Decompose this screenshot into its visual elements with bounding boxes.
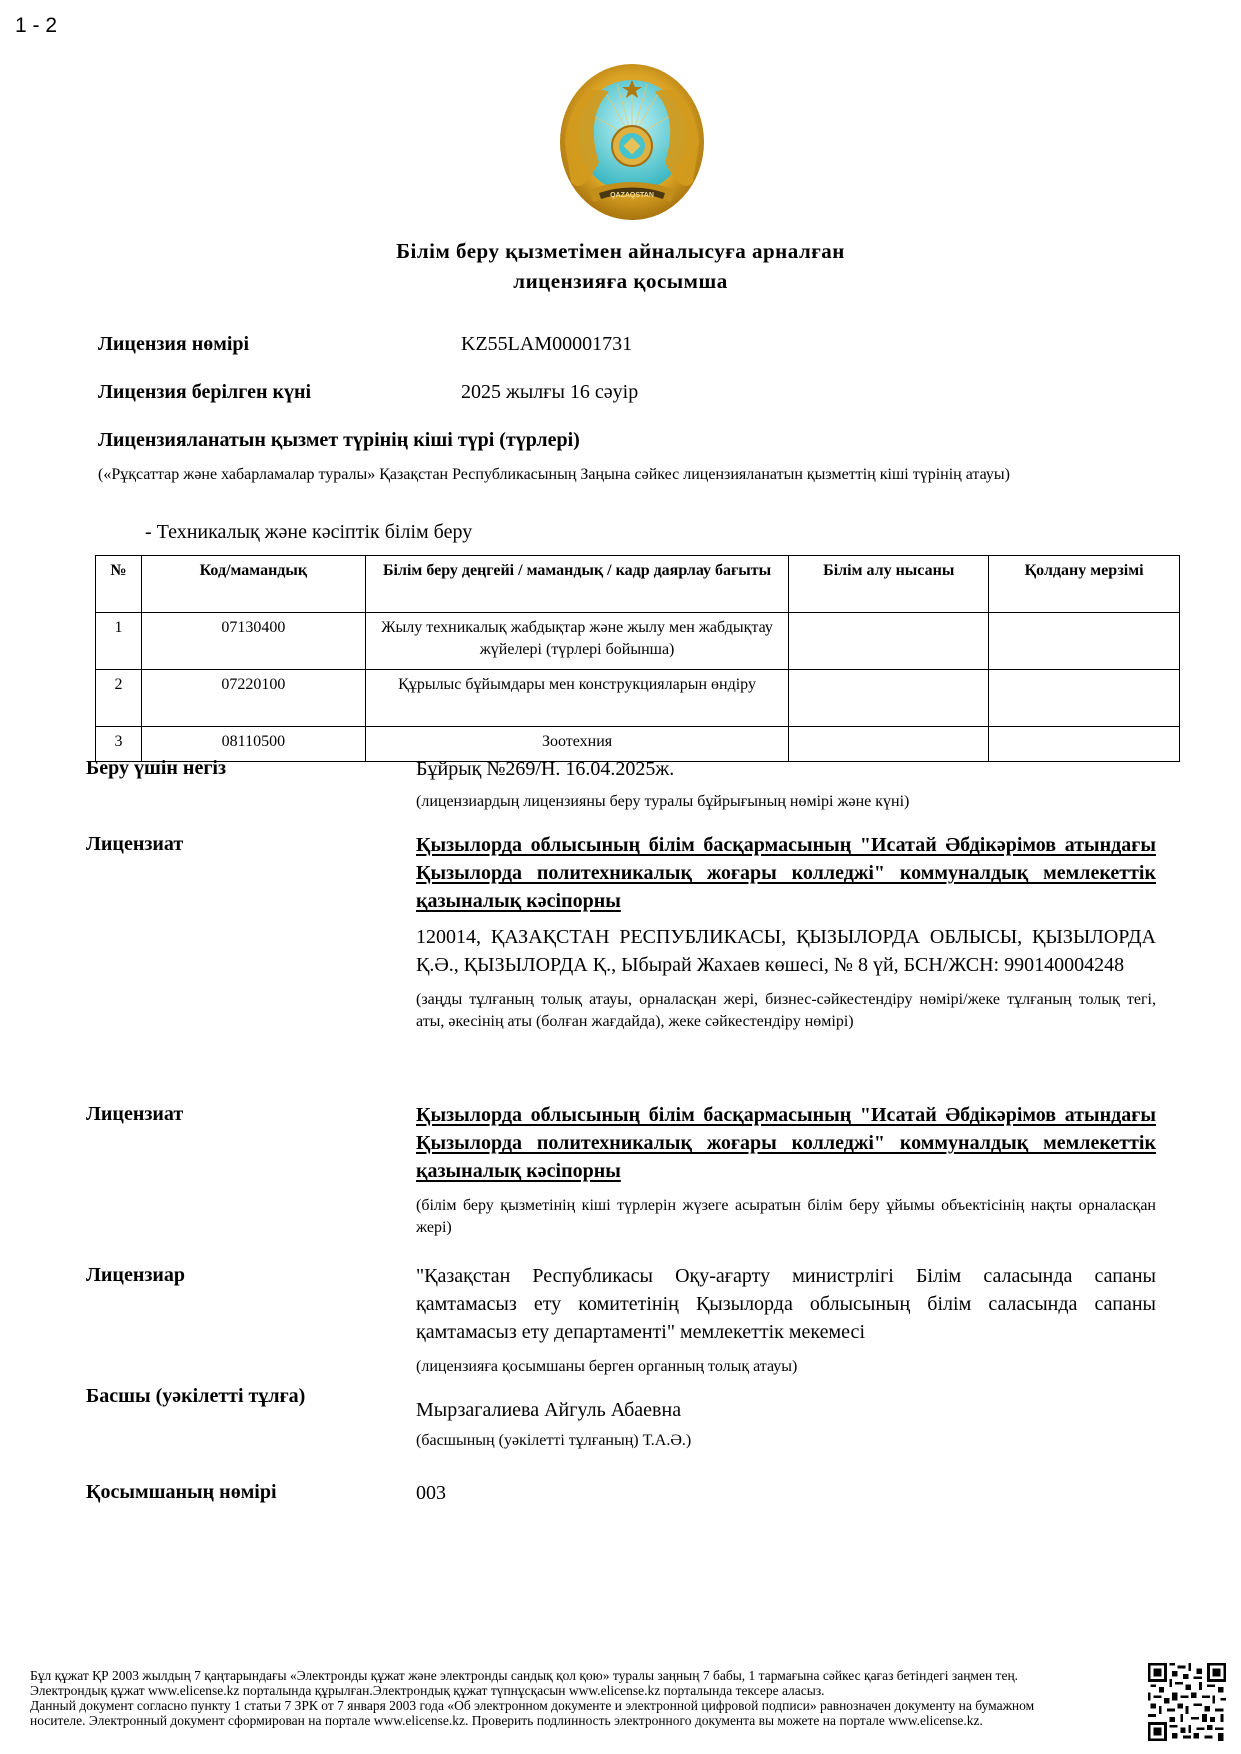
cell-number: 2 xyxy=(96,670,142,727)
table-header-row: № Код/мамандық Білім беру деңгейі / мама… xyxy=(96,556,1180,613)
license-date-label: Лицензия берілген күні xyxy=(98,381,311,404)
licensee-location-label: Лицензиат xyxy=(86,1103,183,1126)
appendix-label: Қосымшаның нөмірі xyxy=(86,1481,277,1504)
header-number: № xyxy=(96,556,142,613)
head-label: Басшы (уәкілетті тұлға) xyxy=(86,1385,305,1408)
licensee-location-note: (білім беру қызметінің кіші түрлерін жүз… xyxy=(416,1195,1156,1239)
licensee-note: (заңды тұлғаның толық атауы, орналасқан … xyxy=(416,989,1156,1033)
licensor-block: "Қазақстан Республикасы Оқу-ағарту минис… xyxy=(416,1262,1156,1378)
licensee-location-name: Қызылорда облысының білім басқармасының … xyxy=(416,1101,1156,1185)
cell-code: 07220100 xyxy=(141,670,365,727)
footer-line: носителе. Электронный документ сформиров… xyxy=(30,1713,1130,1728)
cell-specialty: Жылу техникалық жабдықтар және жылу мен … xyxy=(365,613,789,670)
table-row: 1 07130400 Жылу техникалық жабдықтар жән… xyxy=(96,613,1180,670)
basis-block: Бұйрық №269/Н. 16.04.2025ж. (лицензиарды… xyxy=(416,755,1156,813)
cell-study-form xyxy=(789,670,989,727)
header-validity: Қолдану мерзімі xyxy=(989,556,1180,613)
cell-code: 07130400 xyxy=(141,613,365,670)
footer-line: Бұл құжат ҚР 2003 жылдың 7 қаңтарындағы … xyxy=(30,1668,1130,1683)
cell-study-form xyxy=(789,613,989,670)
legal-footer: Бұл құжат ҚР 2003 жылдың 7 қаңтарындағы … xyxy=(30,1668,1130,1728)
license-number-value: KZ55LAM00001731 xyxy=(461,333,632,356)
title-line-1: Білім беру қызметімен айналысуға арналға… xyxy=(0,236,1241,266)
qr-code-icon[interactable] xyxy=(1148,1663,1226,1741)
licensor-label: Лицензиар xyxy=(86,1264,185,1287)
subtypes-note: («Рұқсаттар және хабарламалар туралы» Қа… xyxy=(98,464,1148,486)
license-number-label: Лицензия нөмірі xyxy=(98,333,249,356)
licensee-address: 120014, ҚАЗАҚСТАН РЕСПУБЛИКАСЫ, ҚЫЗЫЛОРД… xyxy=(416,923,1156,979)
header-specialty: Білім беру деңгейі / мамандық / кадр дая… xyxy=(365,556,789,613)
emblem-label: QAZAQSTAN xyxy=(610,192,654,199)
head-value: Мырзагалиева Айгуль Абаевна xyxy=(416,1396,1156,1424)
licensee-label: Лицензиат xyxy=(86,833,183,856)
subtypes-heading: Лицензияланатын қызмет түрінің кіші түрі… xyxy=(98,429,580,452)
license-date-value: 2025 жылғы 16 сәуір xyxy=(461,381,638,404)
licensee-name: Қызылорда облысының білім басқармасының … xyxy=(416,831,1156,915)
head-block: Мырзагалиева Айгуль Абаевна (басшының (у… xyxy=(416,1396,1156,1452)
cell-validity xyxy=(989,670,1180,727)
cell-number: 1 xyxy=(96,613,142,670)
basis-note: (лицензиардың лицензияны беру туралы бұй… xyxy=(416,791,1156,813)
specialties-table: № Код/мамандық Білім беру деңгейі / мама… xyxy=(95,555,1180,762)
footer-line: Электрондық құжат www.elicense.kz портал… xyxy=(30,1683,1130,1698)
header-study-form: Білім алу нысаны xyxy=(789,556,989,613)
title-line-2: лицензияға қосымша xyxy=(0,266,1241,296)
appendix-value: 003 xyxy=(416,1479,1156,1507)
head-note: (басшының (уәкілетті тұлғаның) Т.А.Ә.) xyxy=(416,1430,1156,1452)
document-title: Білім беру қызметімен айналысуға арналға… xyxy=(0,236,1241,296)
cell-validity xyxy=(989,613,1180,670)
basis-label: Беру үшін негіз xyxy=(86,757,226,780)
licensee-block: Қызылорда облысының білім басқармасының … xyxy=(416,831,1156,1033)
licensor-note: (лицензияға қосымшаны берген органның то… xyxy=(416,1356,1156,1378)
licensee-location-block: Қызылорда облысының білім басқармасының … xyxy=(416,1101,1156,1239)
table-row: 2 07220100 Құрылыс бұйымдары мен констру… xyxy=(96,670,1180,727)
footer-line: Данный документ согласно пункту 1 статьи… xyxy=(30,1698,1130,1713)
kazakhstan-state-emblem-icon: QAZAQSTAN xyxy=(559,62,705,222)
basis-value: Бұйрық №269/Н. 16.04.2025ж. xyxy=(416,755,1156,783)
subtype-item: - Техникалық және кәсіптік білім беру xyxy=(145,521,472,544)
header-code: Код/мамандық xyxy=(141,556,365,613)
cell-specialty: Құрылыс бұйымдары мен конструкцияларын ө… xyxy=(365,670,789,727)
page-indicator: 1 - 2 xyxy=(15,14,57,38)
licensor-value: "Қазақстан Республикасы Оқу-ағарту минис… xyxy=(416,1262,1156,1346)
